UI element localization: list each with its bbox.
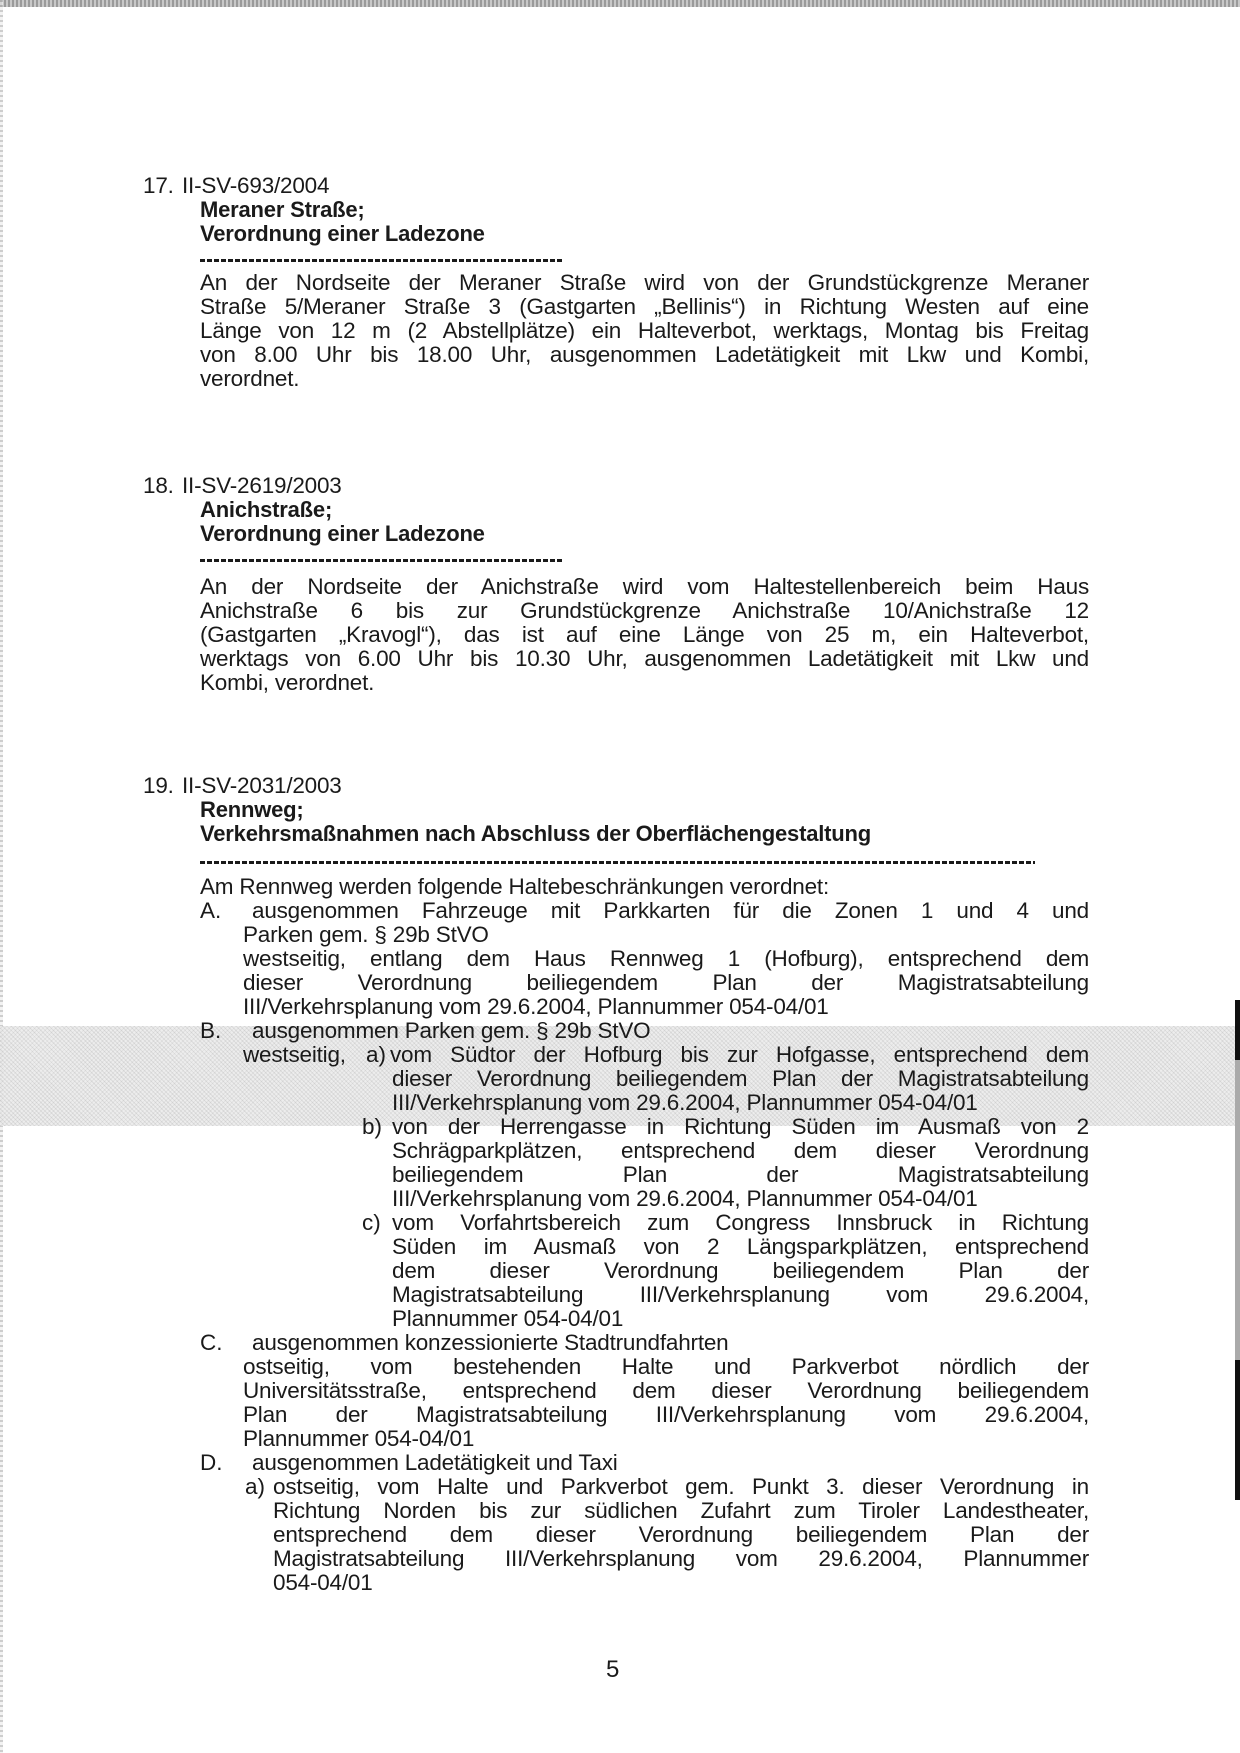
body-line: An der Nordseite der Anichstraße wird vo…	[200, 575, 1089, 599]
body-line: Straße 5/Meraner Straße 3 (Gastgarten „B…	[200, 295, 1089, 319]
subitem-text: vom Vorfahrtsbereich zum Congress Innsbr…	[392, 1211, 1089, 1235]
body-line: (Gastgarten „Kravogl“), das ist auf eine…	[200, 623, 1089, 647]
section-heading: ausgenommen konzessionierte Stadtrundfah…	[252, 1331, 729, 1355]
scan-edge-right	[1235, 1000, 1240, 1500]
page-number: 5	[606, 1656, 619, 1684]
body-line: Länge von 12 m (2 Abstellplätze) ein Hal…	[200, 319, 1089, 343]
section-heading: ausgenommen Fahrzeuge mit Parkkarten für…	[252, 899, 1089, 923]
subitem-text: Schrägparkplätzen, entsprechend dem dies…	[392, 1139, 1089, 1163]
section-heading: ausgenommen Ladetätigkeit und Taxi	[252, 1451, 618, 1475]
subitem-text: vom Südtor der Hofburg bis zur Hofgasse,…	[390, 1043, 1089, 1067]
item-number: 19.	[143, 774, 174, 798]
section-text: dieser Verordnung beiliegendem Plan der …	[243, 971, 1089, 995]
item-reference: II-SV-2031/2003	[182, 774, 342, 798]
scan-edge-top	[0, 0, 1240, 7]
subitem-text: III/Verkehrsplanung vom 29.6.2004, Plann…	[392, 1091, 978, 1115]
subitem-text: Plannummer 054-04/01	[392, 1307, 623, 1331]
section-text: III/Verkehrsplanung vom 29.6.2004, Plann…	[243, 995, 829, 1019]
section-prefix: westseitig,	[243, 1043, 346, 1067]
section-label-a: A.	[200, 899, 221, 923]
subitem-text: 054-04/01	[273, 1571, 373, 1595]
subitem-label: a)	[245, 1475, 265, 1499]
subitem-text: Richtung Norden bis zur südlichen Zufahr…	[273, 1499, 1089, 1523]
item-number: 18.	[143, 474, 174, 498]
subitem-text: beiliegendem Plan der Magistratsabteilun…	[392, 1163, 1089, 1187]
subitem-text: III/Verkehrsplanung vom 29.6.2004, Plann…	[392, 1187, 978, 1211]
separator	[200, 861, 1035, 864]
intro-text: Am Rennweg werden folgende Haltebeschrän…	[200, 875, 829, 899]
item-reference: II-SV-693/2004	[182, 174, 329, 198]
section-label-d: D.	[200, 1451, 223, 1475]
section-heading: Parken gem. § 29b StVO	[243, 923, 489, 947]
subitem-text: Süden im Ausmaß von 2 Längsparkplätzen, …	[392, 1235, 1089, 1259]
section-text: Plannummer 054-04/01	[243, 1427, 474, 1451]
subitem-text: dem dieser Verordnung beiliegendem Plan …	[392, 1259, 1089, 1283]
subitem-text: entsprechend dem dieser Verordnung beili…	[273, 1523, 1089, 1547]
separator	[200, 259, 562, 262]
section-heading: ausgenommen Parken gem. § 29b StVO	[252, 1019, 650, 1043]
subitem-text: dieser Verordnung beiliegendem Plan der …	[392, 1067, 1089, 1091]
subitem-text: ostseitig, vom Halte und Parkverbot gem.…	[273, 1475, 1089, 1499]
subitem-text: Magistratsabteilung III/Verkehrsplanung …	[273, 1547, 1089, 1571]
section-label-b: B.	[200, 1019, 221, 1043]
item-title: Anichstraße;	[200, 498, 332, 522]
body-line: An der Nordseite der Meraner Straße wird…	[200, 271, 1089, 295]
subitem-label: c)	[362, 1211, 381, 1235]
section-text: westseitig, entlang dem Haus Rennweg 1 (…	[243, 947, 1089, 971]
subitem-label: b)	[362, 1115, 382, 1139]
body-line: Kombi, verordnet.	[200, 671, 374, 695]
separator	[200, 559, 562, 562]
item-subtitle: Verordnung einer Ladezone	[200, 222, 485, 246]
item-number: 17.	[143, 174, 174, 198]
body-line: werktags von 6.00 Uhr bis 10.30 Uhr, aus…	[200, 647, 1089, 671]
body-line: von 8.00 Uhr bis 18.00 Uhr, ausgenommen …	[200, 343, 1089, 367]
scan-edge-left	[0, 0, 3, 1753]
section-text: ostseitig, vom bestehenden Halte und Par…	[243, 1355, 1089, 1379]
item-reference: II-SV-2619/2003	[182, 474, 342, 498]
subitem-text: Magistratsabteilung III/Verkehrsplanung …	[392, 1283, 1089, 1307]
body-line: verordnet.	[200, 367, 299, 391]
item-subtitle: Verkehrsmaßnahmen nach Abschluss der Obe…	[200, 822, 871, 846]
subitem-text: von der Herrengasse in Richtung Süden im…	[392, 1115, 1089, 1139]
item-subtitle: Verordnung einer Ladezone	[200, 522, 485, 546]
section-label-c: C.	[200, 1331, 223, 1355]
section-text: Universitätsstraße, entsprechend dem die…	[243, 1379, 1089, 1403]
item-title: Meraner Straße;	[200, 198, 365, 222]
section-text: Plan der Magistratsabteilung III/Verkehr…	[243, 1403, 1089, 1427]
body-line: Anichstraße 6 bis zur Grundstückgrenze A…	[200, 599, 1089, 623]
subitem-label: a)	[366, 1043, 386, 1067]
item-title: Rennweg;	[200, 798, 304, 822]
